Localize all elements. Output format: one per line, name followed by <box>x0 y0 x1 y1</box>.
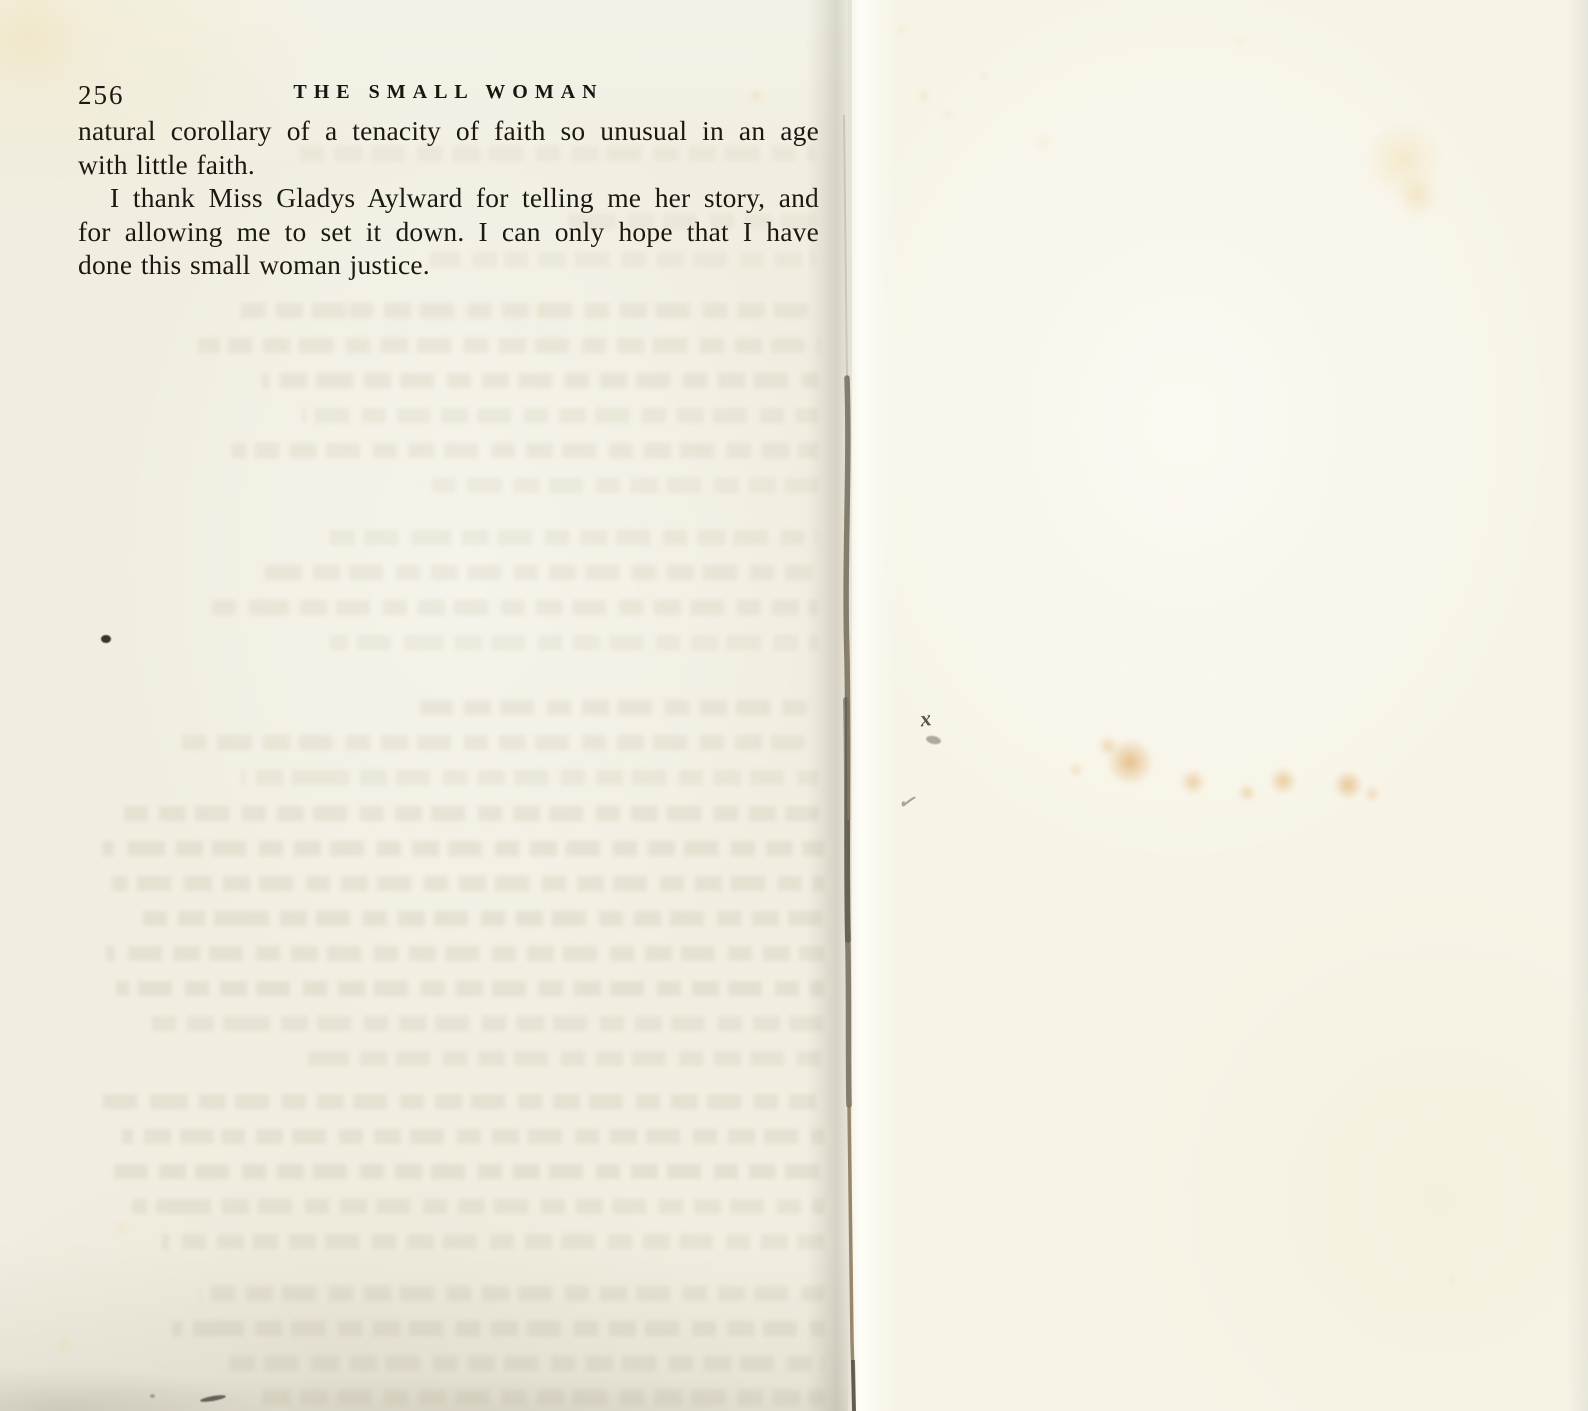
right-page <box>852 0 1588 1411</box>
left-page: 256 THE SMALL WOMAN natural corollary of… <box>0 0 848 1411</box>
page-number: 256 <box>78 80 125 111</box>
running-head: 256 THE SMALL WOMAN <box>78 78 819 112</box>
running-header-title: THE SMALL WOMAN <box>78 78 819 104</box>
body-text-line: with little faith. <box>78 148 819 182</box>
page-curl-shadow <box>0 1301 848 1411</box>
body-text-line: natural corollary of a tenacity of faith… <box>78 114 819 148</box>
body-text-line: done this small woman justice. <box>78 248 819 282</box>
book-spread-scan: 256 THE SMALL WOMAN natural corollary of… <box>0 0 1588 1411</box>
body-text-line: I thank Miss Gladys Aylward for telling … <box>78 181 819 215</box>
body-text-line: for allowing me to set it down. I can on… <box>78 215 819 249</box>
body-text: natural corollary of a tenacity of faith… <box>78 114 819 282</box>
